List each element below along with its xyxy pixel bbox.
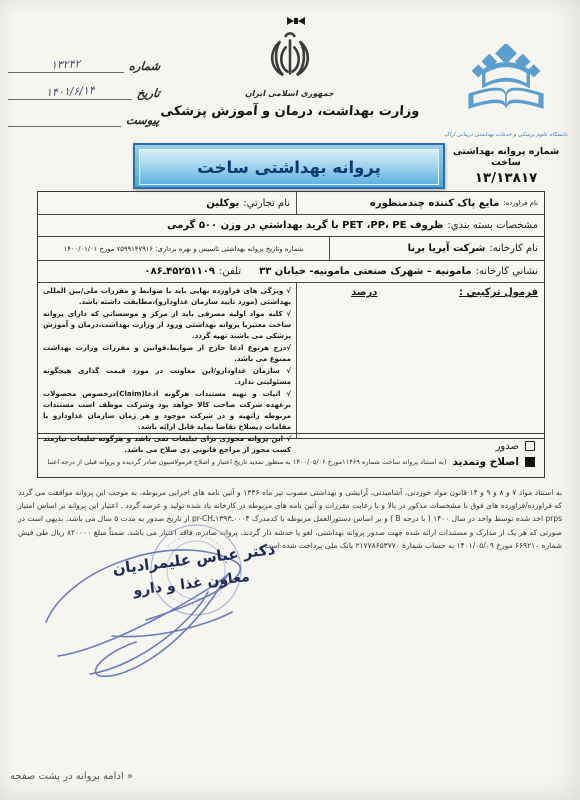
product-cell: نام فراورده: مایع پاک کننده چندمنظوره — [296, 192, 544, 214]
amend-label: اصلاح وتمدید — [452, 456, 519, 468]
scanned-license-document: شماره ۱۳۲۴۲ تاریخ ۱۴۰۱/۶/۱۴ پیوست جمهوری… — [0, 0, 580, 800]
national-emblem-block: جمهوری اسلامی ایران — [235, 28, 345, 98]
handwritten-number: ۱۳۲۴۲ — [51, 57, 81, 72]
regulation-notes: √ ویژگی های فراورده نهایی باید با ضوابط … — [43, 286, 291, 456]
percent-label: درصد — [351, 287, 377, 298]
address-cell: نشاني کارخانه: مامونیه – شهرک صنعتی مامو… — [138, 261, 544, 282]
letterhead-number-row: شماره ۱۳۲۴۲ — [8, 46, 160, 73]
packaging-row: مشخصات بسته بندي: ظروف PET ،PP، PE با گر… — [38, 214, 544, 236]
formula-header: فرمول ترکیبي : درصد — [303, 287, 538, 298]
product-value: مایع پاک کننده چندمنظوره — [370, 198, 499, 209]
staple-mark-icon — [283, 10, 305, 18]
factory-row: نام کارخانه: شرکت آیریا برنا شماره وتاری… — [38, 236, 544, 260]
document-title: پروانه بهداشتی ساخت — [197, 158, 381, 177]
formula-label: فرمول ترکیبي : — [459, 287, 538, 298]
iran-emblem-icon — [264, 28, 316, 84]
date-label: تاریخ — [136, 86, 160, 100]
address-row: نشاني کارخانه: مامونیه – شهرک صنعتی مامو… — [38, 260, 544, 282]
license-number-value: ۱۳/۱۳۸۱۷ — [442, 170, 570, 186]
address-label: نشاني کارخانه: — [476, 266, 538, 277]
product-row: نام فراورده: مایع پاک کننده چندمنظوره نا… — [38, 192, 544, 214]
license-table: نام فراورده: مایع پاک کننده چندمنظوره نا… — [37, 191, 545, 439]
letterhead-attachment-row: پیوست — [8, 100, 160, 127]
attachment-line — [8, 126, 121, 127]
letterhead-date-row: تاریخ ۱۴۰۱/۶/۱۴ — [8, 73, 160, 100]
regulation-note: √ سازمان غذاودارو/این معاونت در مورد قیم… — [43, 366, 291, 388]
title-banner-inner: پروانه بهداشتی ساخت — [139, 149, 439, 185]
factory-value: شرکت آیریا برنا — [408, 243, 486, 254]
checkbox-unchecked-icon — [525, 441, 535, 451]
product-label: نام فراورده: — [503, 199, 538, 207]
formula-row: فرمول ترکیبي : درصد √ ویژگی های فراورده … — [38, 282, 544, 438]
license-number-label: شماره پروانه بهداشتی ساخت — [442, 146, 570, 168]
ministry-title: وزارت بهداشت، درمان و آموزش پزشکی — [139, 104, 440, 119]
regulation-note: √درج هرنوع ادعا خارج از ضوابط،قوانین و م… — [43, 343, 291, 365]
trade-name-cell: نام تجارتي: یوکلین — [38, 192, 296, 214]
stamp-signature-area: دکتر عباس علیمرادیان معاون غذا و دارو — [28, 524, 318, 684]
amend-line: اصلاح وتمدید (به استناد پروانه ساخت شمار… — [47, 454, 535, 470]
notes-cell: √ ویژگی های فراورده نهایی باید با ضوابط … — [38, 283, 296, 438]
packaging-value: ظروف PET ،PP، PE با گرید بهداشتي در وزن … — [167, 220, 443, 231]
issue-line: صدور — [47, 438, 535, 454]
establish-license-cell: شماره وتاریخ پروانه بهداشتی تاسیس و بهره… — [38, 237, 329, 260]
factory-cell: نام کارخانه: شرکت آیریا برنا — [329, 237, 544, 260]
regulation-note: √ کلیه مواد اولیه مصرفی باید از مرکز و م… — [43, 309, 291, 342]
regulation-note: √ ویژگی های فراورده نهایی باید با ضوابط … — [43, 286, 291, 308]
regulation-note: √ اثبات و تهیه مستندات هرگونه ادعا(Claim… — [43, 389, 291, 433]
packaging-label: مشخصات بسته بندي: — [447, 220, 538, 231]
packaging-cell: مشخصات بسته بندي: ظروف PET ،PP، PE با گر… — [161, 215, 544, 236]
issuance-box: صدور اصلاح وتمدید (به استناد پروانه ساخت… — [37, 433, 545, 478]
number-line: ۱۳۲۴۲ — [8, 53, 124, 73]
title-banner: پروانه بهداشتی ساخت — [133, 143, 445, 189]
issue-label: صدور — [496, 441, 519, 452]
university-logo-icon — [463, 44, 549, 126]
checkbox-checked-icon — [525, 457, 535, 467]
amend-text: (به استناد پروانه ساخت شماره ۱۱۴۶۹مورخ ۱… — [47, 458, 446, 466]
phone-value: ۴۵۲۵۱۱۰۹ـ۰۸۶ — [144, 266, 215, 277]
continue-on-back-note: « ادامه پروانه در پشت صفحه — [10, 771, 190, 782]
trade-name-value: یوکلین — [206, 198, 239, 209]
formula-cell: فرمول ترکیبي : درصد — [296, 283, 544, 438]
emblem-caption: جمهوری اسلامی ایران — [234, 89, 346, 98]
factory-label: نام کارخانه: — [489, 243, 538, 254]
number-label: شماره — [128, 59, 161, 73]
date-line: ۱۴۰۱/۶/۱۴ — [8, 80, 132, 100]
letterhead-fields: شماره ۱۳۲۴۲ تاریخ ۱۴۰۱/۶/۱۴ پیوست — [8, 46, 160, 127]
establish-license-text: شماره وتاریخ پروانه بهداشتی تاسیس و بهره… — [64, 245, 304, 253]
address-value: مامونیه – شهرک صنعتی مامونیه- خیابان ۳۳ — [259, 266, 471, 277]
handwritten-date: ۱۴۰۱/۶/۱۴ — [45, 84, 94, 100]
phone-label: تلفن: — [219, 266, 241, 277]
trade-name-label: نام تجارتي: — [243, 198, 290, 209]
university-logo-block: دانشگاه علوم پزشکی و خدمات بهداشتی درمان… — [442, 44, 570, 186]
university-logo-caption: دانشگاه علوم پزشکی و خدمات بهداشتی درمان… — [442, 132, 570, 138]
